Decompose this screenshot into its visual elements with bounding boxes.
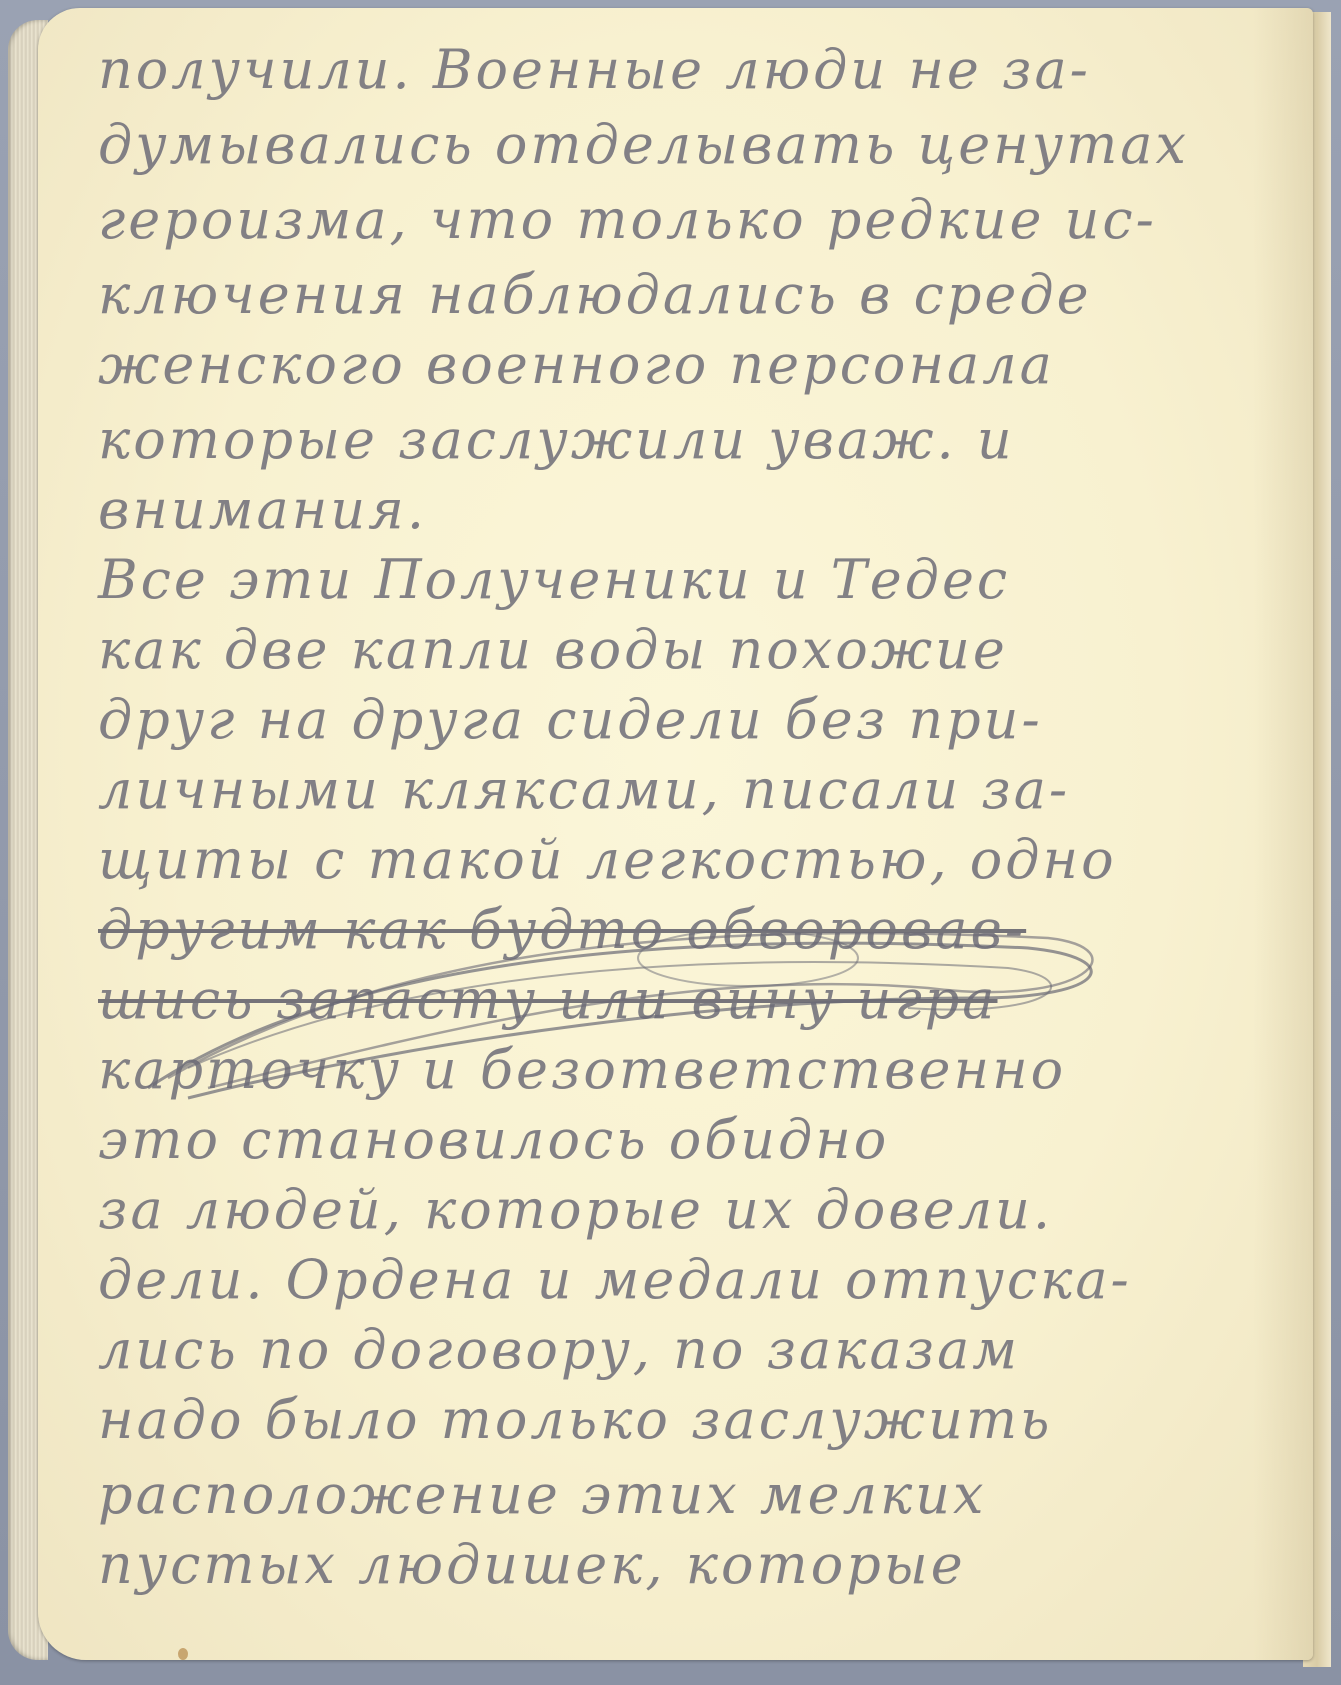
handwritten-line-9: как две капли воды похожие <box>98 618 1008 681</box>
handwritten-line-1: получили. Военные люди не за- <box>98 38 1091 101</box>
handwritten-line-15: карточку и безответственно <box>98 1038 1066 1101</box>
handwritten-line-3: героизма, что только редкие ис- <box>98 188 1157 251</box>
handwritten-line-12: щиты с такой легкостью, одно <box>98 828 1117 891</box>
handwritten-line-16: это становилось обидно <box>98 1108 889 1171</box>
handwritten-line-6: которые заслужили уваж. и <box>98 408 1015 471</box>
handwritten-line-22: пустых людишек, которые <box>98 1533 966 1596</box>
handwritten-line-4: ключения наблюдались в среде <box>98 263 1092 326</box>
handwritten-line-7: внимания. <box>98 478 427 541</box>
handwritten-line-10: друг на друга сидели без при- <box>98 688 1043 751</box>
handwritten-line-20: надо было только заслужить <box>98 1388 1052 1451</box>
struck-line-14: шись запасту или вину игра <box>98 968 998 1031</box>
paper-stain <box>178 1648 188 1660</box>
handwritten-line-2: думывались отделывать ценутах <box>98 113 1189 176</box>
notebook-page: получили. Военные люди не за- думывались… <box>38 8 1313 1660</box>
handwritten-line-17: за людей, которые их довели. <box>98 1178 1053 1241</box>
handwritten-line-18: дели. Ордена и медали отпуска- <box>98 1248 1132 1311</box>
struck-line-13: другим как будто обворовав- <box>98 898 1026 961</box>
handwritten-line-8: Все эти Полученики и Тедес <box>98 548 1010 611</box>
handwritten-line-5: женского военного персонала <box>98 333 1055 396</box>
handwritten-line-11: личными кляксами, писали за- <box>98 758 1070 821</box>
handwritten-line-21: расположение этих мелких <box>98 1463 986 1526</box>
handwritten-line-19: лись по договору, по заказам <box>98 1318 1020 1381</box>
scanned-notebook: получили. Военные люди не за- думывались… <box>0 0 1341 1685</box>
